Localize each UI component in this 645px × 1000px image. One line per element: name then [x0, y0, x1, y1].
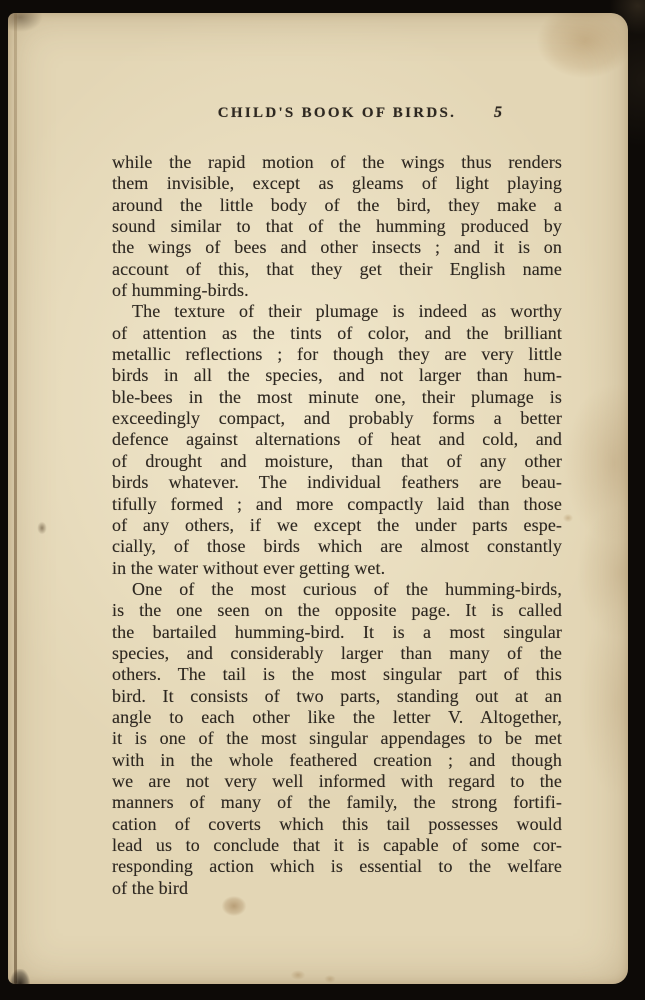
text-line: with in the whole feathered creation ; a…	[112, 750, 562, 771]
text-line: birds in all the species, and not larger…	[112, 365, 562, 386]
text-line: lead us to conclude that it is capable o…	[112, 835, 562, 856]
text-line: birds whatever. The individual feathers …	[112, 472, 562, 493]
text-line: them invisible, except as gleams of ligh…	[112, 173, 562, 194]
text-line: account of this, that they get their Eng…	[112, 259, 562, 280]
text-line: around the little body of the bird, they…	[112, 195, 562, 216]
text-line: of attention as the tints of color, and …	[112, 323, 562, 344]
text-line: species, and considerably larger than ma…	[112, 643, 562, 664]
running-header: CHILD'S BOOK OF BIRDS.	[218, 105, 456, 121]
text-line: it is one of the most singular appendage…	[112, 728, 562, 749]
text-line: cially, of those birds which are almost …	[112, 536, 562, 557]
paragraph: while the rapid motion of the wings thus…	[112, 152, 562, 301]
text-line: ble-bees in the most minute one, their p…	[112, 387, 562, 408]
page-crease	[14, 13, 17, 984]
text-line: cation of coverts which this tail posses…	[112, 814, 562, 835]
text-line: manners of many of the family, the stron…	[112, 792, 562, 813]
text-line: tifully formed ; and more compactly laid…	[112, 494, 562, 515]
text-line: of the bird	[112, 878, 562, 899]
text-line: in the water without ever getting wet.	[112, 558, 562, 579]
text-line: others. The tail is the most singular pa…	[112, 664, 562, 685]
text-line: while the rapid motion of the wings thus…	[112, 152, 562, 173]
text-line: metallic reflections ; for though they a…	[112, 344, 562, 365]
text-line: is the one seen on the opposite page. It…	[112, 600, 562, 621]
text-line: exceedingly compact, and probably forms …	[112, 408, 562, 429]
page-number: 5	[494, 104, 502, 122]
text-line: One of the most curious of the humming-b…	[112, 579, 562, 600]
paragraph: The texture of their plumage is indeed a…	[112, 301, 562, 578]
body-text: while the rapid motion of the wings thus…	[112, 152, 562, 899]
text-line: of humming-birds.	[112, 280, 562, 301]
text-line: of drought and moisture, than that of an…	[112, 451, 562, 472]
text-line: angle to each other like the letter V. A…	[112, 707, 562, 728]
text-line: of any others, if we except the under pa…	[112, 515, 562, 536]
paragraph: One of the most curious of the humming-b…	[112, 579, 562, 899]
text-line: we are not very well informed with regar…	[112, 771, 562, 792]
page-crease-notch	[10, 969, 30, 985]
text-line: the wings of bees and other insects ; an…	[112, 237, 562, 258]
book-photo: CHILD'S BOOK OF BIRDS. 5 while the rapid…	[0, 0, 645, 1000]
text-line: defence against alternations of heat and…	[112, 429, 562, 450]
text-line: bird. It consists of two parts, standing…	[112, 686, 562, 707]
book-page: CHILD'S BOOK OF BIRDS. 5 while the rapid…	[8, 13, 628, 984]
text-line: The texture of their plumage is indeed a…	[112, 301, 562, 322]
text-line: responding action which is essential to …	[112, 856, 562, 877]
page-header: CHILD'S BOOK OF BIRDS. 5	[112, 104, 562, 128]
text-line: sound similar to that of the humming pro…	[112, 216, 562, 237]
text-line: the bartailed humming-bird. It is a most…	[112, 622, 562, 643]
